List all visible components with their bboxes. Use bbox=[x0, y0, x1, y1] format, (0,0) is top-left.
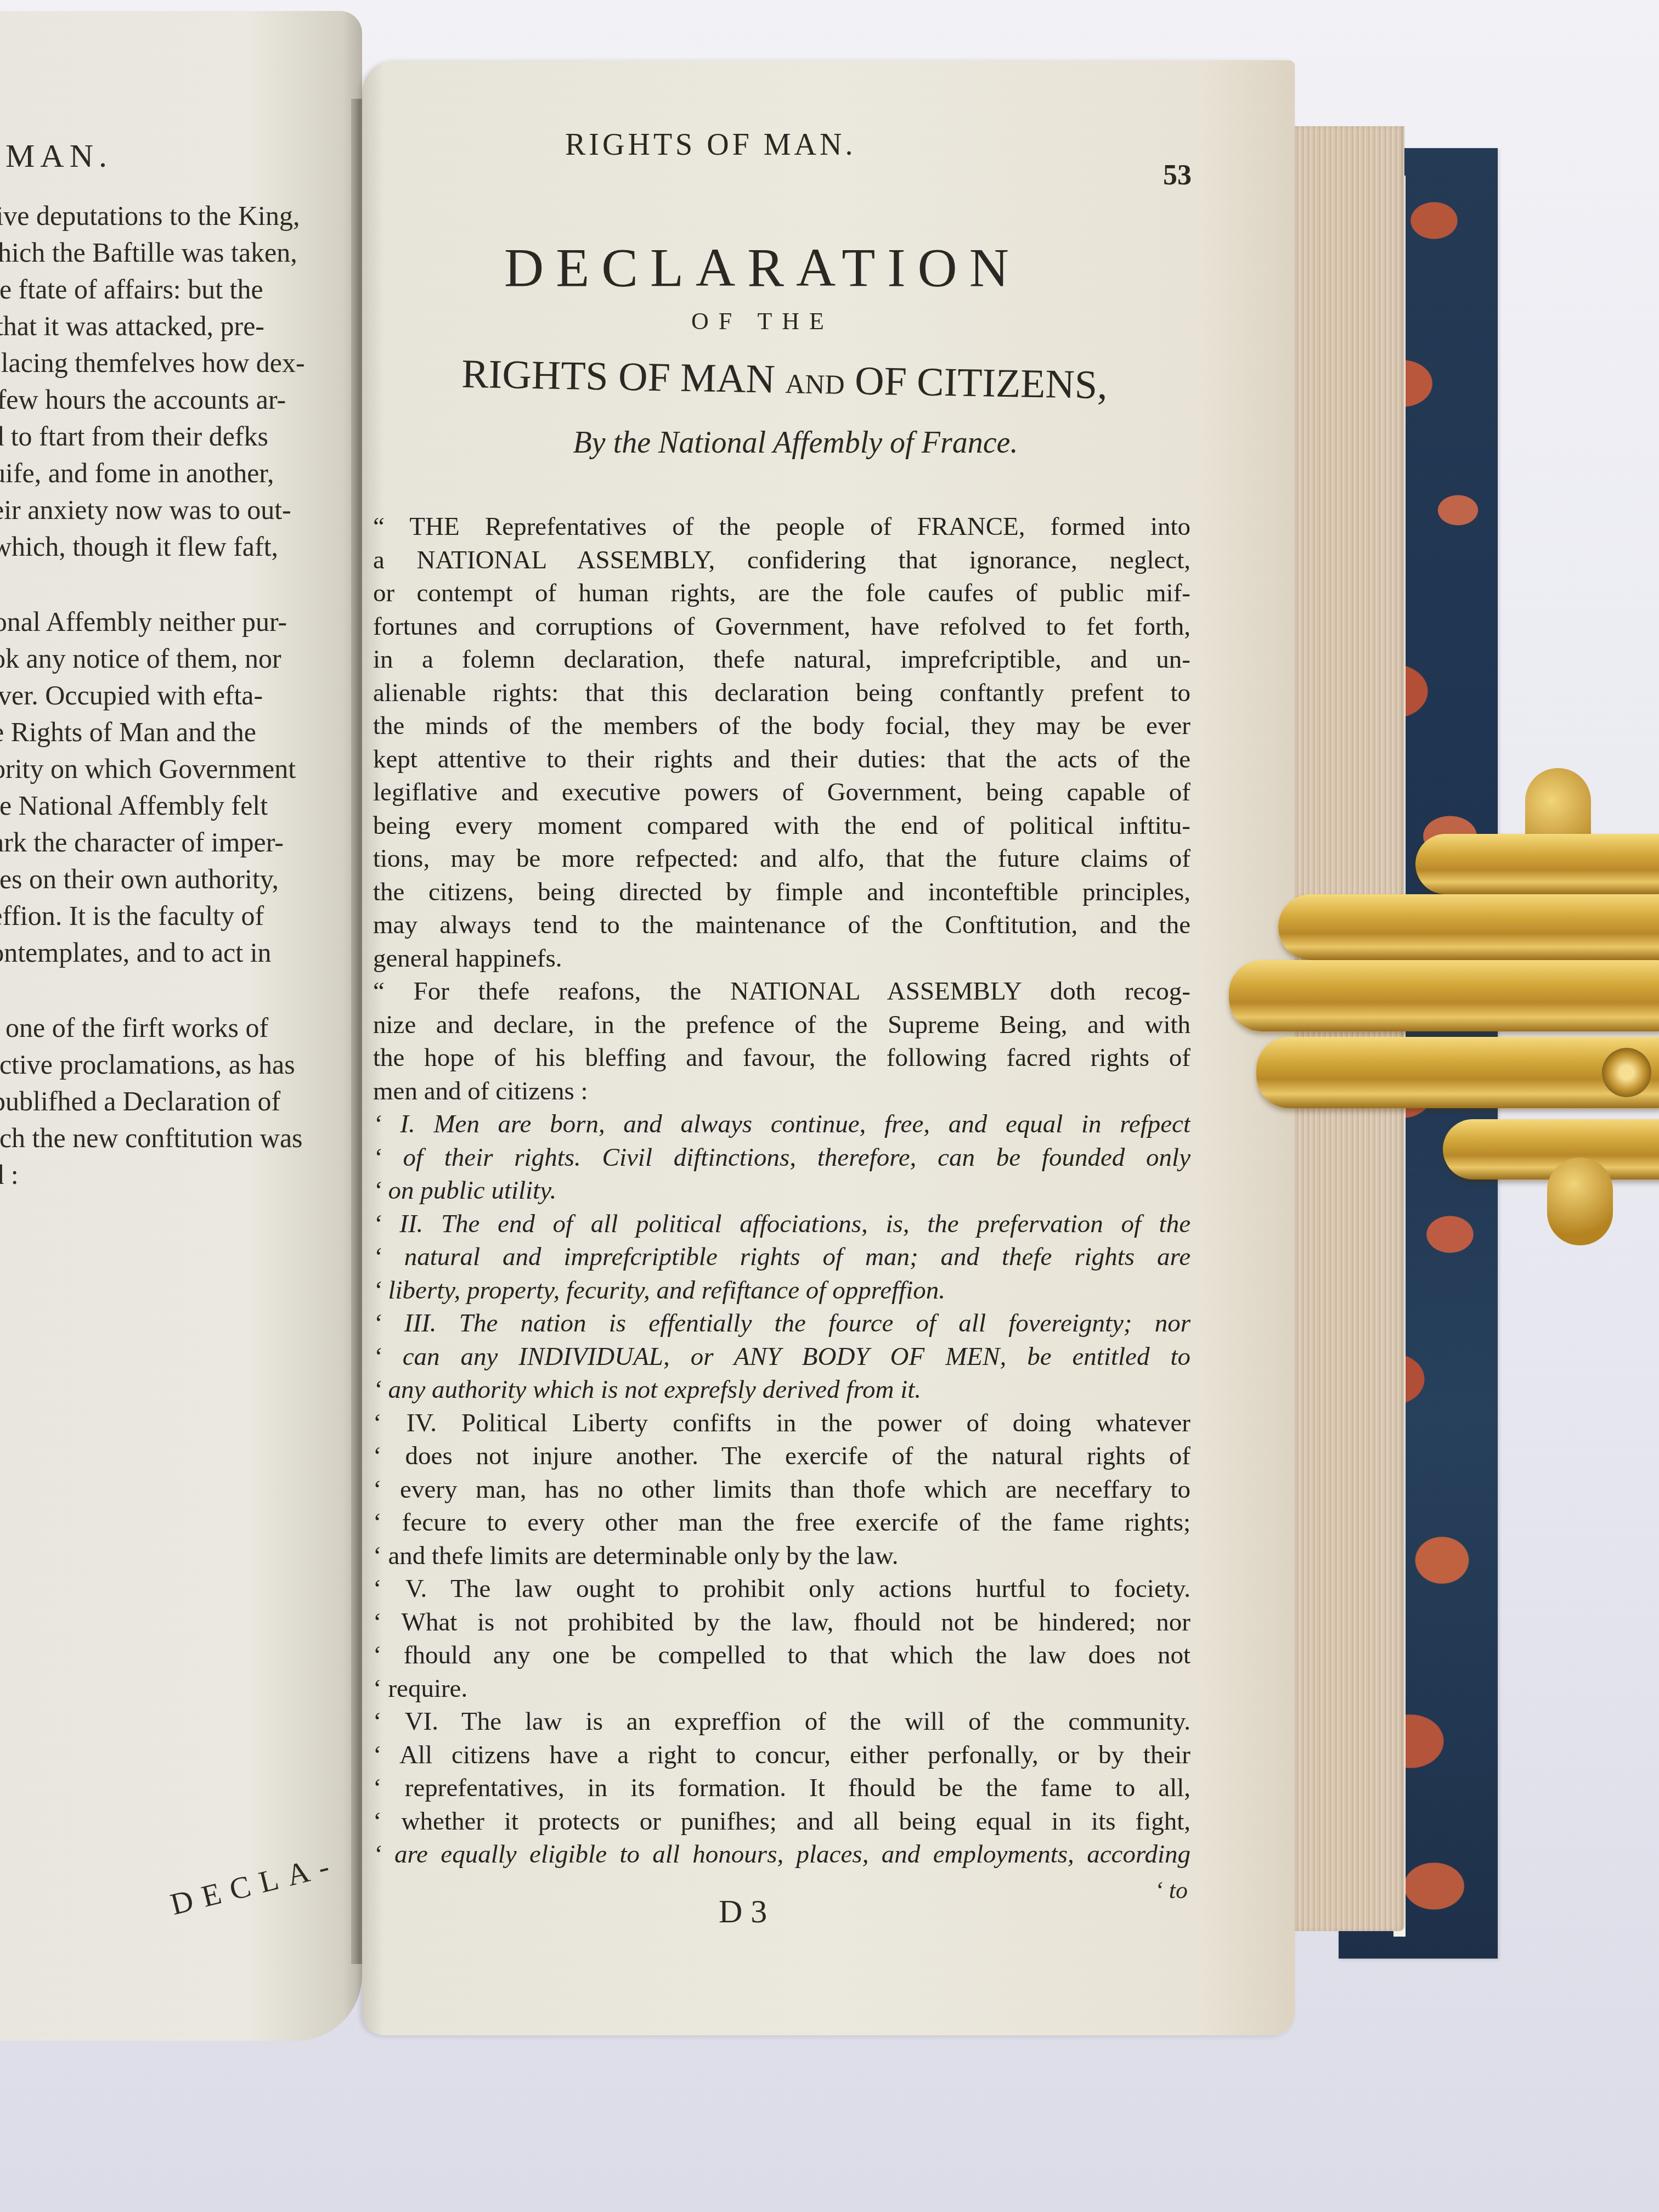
finger-ring bbox=[1256, 1037, 1659, 1108]
left-line: he Rights of Man and the bbox=[0, 714, 335, 751]
text-line: tions, may be more refpected: and alfo, … bbox=[373, 842, 1190, 876]
title-and: AND bbox=[785, 368, 845, 400]
paragraph-gap bbox=[0, 565, 335, 603]
text-line: or contempt of human rights, are the fol… bbox=[373, 577, 1190, 610]
left-line: heir anxiety now was to out- bbox=[0, 492, 335, 528]
article-5-line: ‘ fhould any one be compelled to that wh… bbox=[373, 1639, 1190, 1672]
article-3-line: ‘ any authority which is not exprefsly d… bbox=[373, 1373, 1190, 1407]
text-line: may always tend to the maintenance of th… bbox=[373, 909, 1190, 942]
title-part-b: OF CITIZENS, bbox=[854, 358, 1108, 408]
article-4-line: ‘ does not injure another. The exercife … bbox=[373, 1440, 1190, 1473]
brass-hand-clip-icon bbox=[1218, 757, 1659, 1284]
left-page: MAN. ffive deputations to the King, whic… bbox=[0, 11, 362, 2041]
title-of-the: OF THE bbox=[461, 307, 1064, 335]
article-5-line: ‘ require. bbox=[373, 1672, 1190, 1706]
right-running-head: RIGHTS OF MAN. bbox=[565, 127, 856, 162]
left-line: hich the new conftitution was bbox=[0, 1120, 335, 1156]
left-line: dictive proclamations, as has bbox=[0, 1046, 335, 1083]
left-page-text: ffive deputations to the King, which the… bbox=[0, 198, 335, 1193]
left-line: ffive deputations to the King, bbox=[0, 198, 335, 234]
article-5-line: ‘ What is not prohibited by the law, fho… bbox=[373, 1606, 1190, 1639]
article-1-line: ‘ I. Men are born, and always continue, … bbox=[373, 1108, 1190, 1141]
title-part-a: RIGHTS OF MAN bbox=[461, 352, 776, 402]
left-line: , publifhed a Declaration of bbox=[0, 1083, 335, 1120]
text-line: “ THE Reprefentatives of the people of F… bbox=[373, 510, 1190, 544]
left-line: which the Baftille was taken, bbox=[0, 234, 335, 271]
article-1-line: ‘ on public utility. bbox=[373, 1174, 1190, 1207]
finger-index bbox=[1278, 894, 1659, 960]
left-line: the ftate of affairs: but the bbox=[0, 271, 335, 308]
article-4-line: ‘ IV. Political Liberty confifts in the … bbox=[373, 1407, 1190, 1440]
title-declaration: DECLARATION bbox=[461, 236, 1064, 299]
article-6-line: ‘ VI. The law is an expreffion of the wi… bbox=[373, 1705, 1190, 1739]
article-6-line: ‘ whether it protects or punifhes; and a… bbox=[373, 1805, 1190, 1838]
left-line: hority on which Government bbox=[0, 751, 335, 787]
article-1-line: ‘ of their rights. Civil diftinctions, t… bbox=[373, 1141, 1190, 1175]
left-line: nark the character of imper- bbox=[0, 824, 335, 861]
text-line: nize and declare, in the prefence of the… bbox=[373, 1008, 1190, 1042]
left-line: ed : bbox=[0, 1156, 335, 1193]
right-catchword: ‘ to bbox=[1155, 1876, 1188, 1904]
left-line: contemplates, and to act in bbox=[0, 934, 335, 971]
text-line: men and of citizens : bbox=[373, 1075, 1190, 1108]
declaration-body: “ THE Reprefentatives of the people of F… bbox=[373, 510, 1190, 1871]
article-4-line: ‘ and thefe limits are determinable only… bbox=[373, 1539, 1190, 1573]
article-4-line: ‘ every man, has no other limits than th… bbox=[373, 1473, 1190, 1506]
article-2-line: ‘ II. The end of all political affociati… bbox=[373, 1207, 1190, 1241]
finger-little bbox=[1443, 1119, 1659, 1180]
finger-top bbox=[1415, 834, 1659, 894]
left-line: tional Affembly neither pur- bbox=[0, 603, 335, 640]
article-2-line: ‘ liberty, property, fecurity, and refif… bbox=[373, 1274, 1190, 1307]
left-line: s that it was attacked, pre- bbox=[0, 308, 335, 345]
photo-scene: MAN. ffive deputations to the King, whic… bbox=[0, 0, 1659, 2212]
article-6-line: ‘ All citizens have a right to concur, e… bbox=[373, 1739, 1190, 1772]
article-3-line: ‘ III. The nation is effentially the fou… bbox=[373, 1307, 1190, 1340]
text-line: alienable rights: that this declaration … bbox=[373, 676, 1190, 710]
article-6-line: ‘ are equally eligible to all honours, p… bbox=[373, 1838, 1190, 1871]
left-line: ook any notice of them, nor bbox=[0, 640, 335, 677]
article-6-line: ‘ reprefentatives, in its formation. It … bbox=[373, 1771, 1190, 1805]
finger-middle bbox=[1229, 960, 1659, 1031]
signature-mark: D 3 bbox=[719, 1893, 767, 1931]
left-line: a few hours the accounts ar- bbox=[0, 381, 335, 418]
article-5-line: ‘ V. The law ought to prohibit only acti… bbox=[373, 1572, 1190, 1606]
left-line: lves on their own authority, bbox=[0, 861, 335, 898]
left-line: , which, though it flew faft, bbox=[0, 528, 335, 565]
page-number: 53 bbox=[1163, 159, 1192, 191]
text-line: the hope of his bleffing and favour, the… bbox=[373, 1041, 1190, 1075]
text-line: the citizens, being directed by fimple a… bbox=[373, 876, 1190, 909]
article-2-line: ‘ natural and imprefcriptible rights of … bbox=[373, 1240, 1190, 1274]
left-line: tever. Occupied with efta- bbox=[0, 677, 335, 714]
paragraph-gap bbox=[0, 971, 335, 1009]
text-line: general happinefs. bbox=[373, 942, 1190, 975]
text-line: being every moment compared with the end… bbox=[373, 809, 1190, 843]
text-line: legiflative and executive powers of Gove… bbox=[373, 776, 1190, 809]
article-4-line: ‘ fecure to every other man the free exe… bbox=[373, 1506, 1190, 1539]
left-line: the National Affembly felt bbox=[0, 787, 335, 824]
left-line: guife, and fome in another, bbox=[0, 455, 335, 492]
title-byline: By the National Affembly of France. bbox=[384, 425, 1207, 460]
hand-cuff bbox=[1547, 1158, 1613, 1245]
left-line: folacing themfelves how dex- bbox=[0, 345, 335, 381]
text-line: kept attentive to their rights and their… bbox=[373, 743, 1190, 776]
article-3-line: ‘ can any INDIVIDUAL, or ANY BODY OF MEN… bbox=[373, 1340, 1190, 1374]
left-line: d, one of the firft works of bbox=[0, 1009, 335, 1046]
text-line: “ For thefe reafons, the NATIONAL ASSEMB… bbox=[373, 975, 1190, 1008]
left-line: ceffion. It is the faculty of bbox=[0, 898, 335, 934]
text-line: the minds of the members of the body foc… bbox=[373, 709, 1190, 743]
left-running-head: MAN. bbox=[5, 137, 112, 175]
text-line: a NATIONAL ASSEMBLY, confidering that ig… bbox=[373, 544, 1190, 577]
text-line: in a folemn declaration, thefe natural, … bbox=[373, 643, 1190, 676]
text-line: fortunes and corruptions of Government, … bbox=[373, 610, 1190, 644]
left-catchword: DECLA- bbox=[167, 1847, 342, 1922]
left-line: ad to ftart from their defks bbox=[0, 418, 335, 455]
cuff-rosette bbox=[1602, 1048, 1651, 1097]
